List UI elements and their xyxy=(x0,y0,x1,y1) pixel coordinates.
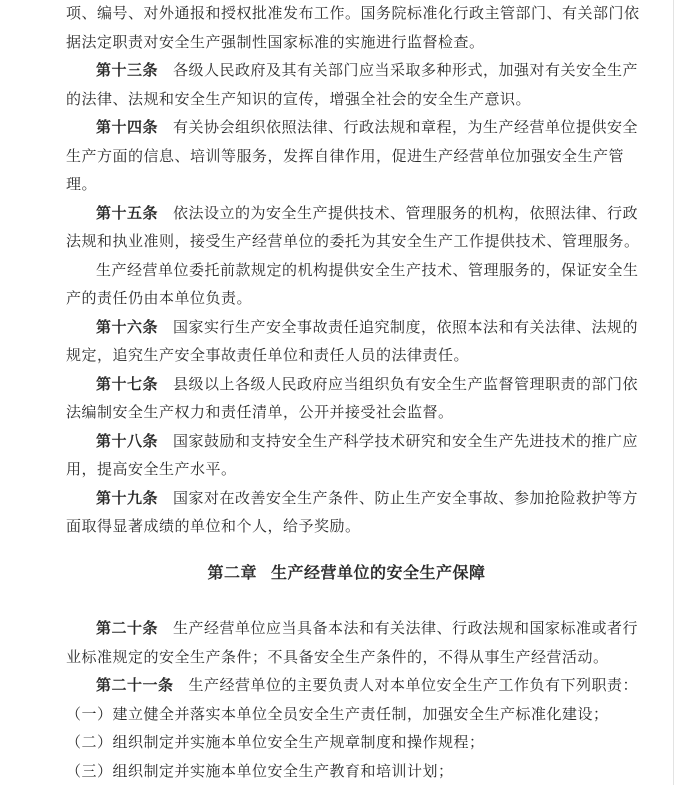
line-text: 生产经营单位委托前款规定的机构提供安全生产技术、管理服务的，保证安全生 xyxy=(96,263,639,279)
body-line: 的法律、法规和安全生产知识的宣传，增强全社会的安全生产意识。 xyxy=(66,86,627,115)
article-start-line: 第十八条国家鼓励和支持安全生产科学技术研究和安全生产先进技术的推广应 xyxy=(66,428,627,457)
line-text: 国家鼓励和支持安全生产科学技术研究和安全生产先进技术的推广应 xyxy=(173,434,638,450)
line-text: （二）组织制定并实施本单位安全生产规章制度和操作规程； xyxy=(66,735,485,751)
line-text: 理。 xyxy=(66,177,97,193)
body-line: 面取得显著成绩的单位和个人，给予奖励。 xyxy=(66,513,627,542)
body-line: 业标准规定的安全生产条件；不具备安全生产条件的，不得从事生产经营活动。 xyxy=(66,644,627,673)
line-text: 业标准规定的安全生产条件；不具备安全生产条件的，不得从事生产经营活动。 xyxy=(66,650,609,666)
article-number: 第十六条 xyxy=(96,320,158,336)
line-text: 用，提高安全生产水平。 xyxy=(66,462,237,478)
body-line: （二）组织制定并实施本单位安全生产规章制度和操作规程； xyxy=(66,729,627,758)
line-text: 生产经营单位应当具备本法和有关法律、行政法规和国家标准或者行 xyxy=(173,621,638,637)
document-page: 项、编号、对外通报和授权批准发布工作。国务院标准化行政主管部门、有关部门依据法定… xyxy=(0,0,674,785)
line-text: 法编制安全生产权力和责任清单，公开并接受社会监督。 xyxy=(66,405,454,421)
article-start-line: 第二十一条生产经营单位的主要负责人对本单位安全生产工作负有下列职责： xyxy=(66,672,627,701)
article-number: 第二十条 xyxy=(96,621,158,637)
article-number: 第十五条 xyxy=(96,206,158,222)
line-text: 国家对在改善安全生产条件、防止生产安全事故、参加抢险救护等方 xyxy=(173,491,638,507)
line-text: （一）建立健全并落实本单位全员安全生产责任制，加强安全生产标准化建设； xyxy=(66,707,609,723)
article-start-line: 第十五条依法设立的为安全生产提供技术、管理服务的机构，依照法律、行政 xyxy=(66,200,627,229)
body-line: （一）建立健全并落实本单位全员安全生产责任制，加强安全生产标准化建设； xyxy=(66,701,627,730)
article-start-line: 第十六条国家实行生产安全事故责任追究制度，依照本法和有关法律、法规的 xyxy=(66,314,627,343)
body-line: 法编制安全生产权力和责任清单，公开并接受社会监督。 xyxy=(66,399,627,428)
article-start-line: 第十九条国家对在改善安全生产条件、防止生产安全事故、参加抢险救护等方 xyxy=(66,485,627,514)
line-text: 项、编号、对外通报和授权批准发布工作。国务院标准化行政主管部门、有关部门依 xyxy=(66,6,640,22)
article-number: 第十七条 xyxy=(96,377,158,393)
article-start-line: 第二十条生产经营单位应当具备本法和有关法律、行政法规和国家标准或者行 xyxy=(66,615,627,644)
article-number: 第十八条 xyxy=(96,434,158,450)
line-text: 依法设立的为安全生产提供技术、管理服务的机构，依照法律、行政 xyxy=(173,206,638,222)
line-text: 有关协会组织依照法律、行政法规和章程，为生产经营单位提供安全 xyxy=(173,120,638,136)
line-text: 法规和执业准则，接受生产经营单位的委托为其安全生产工作提供技术、管理服务。 xyxy=(66,234,640,250)
article-start-line: 第十七条县级以上各级人民政府应当组织负有安全生产监督管理职责的部门依 xyxy=(66,371,627,400)
chapter-number: 第二章 xyxy=(207,565,257,582)
article-start-line: 第十三条各级人民政府及其有关部门应当采取多种形式，加强对有关安全生产 xyxy=(66,57,627,86)
body-line: 据法定职责对安全生产强制性国家标准的实施进行监督检查。 xyxy=(66,29,627,58)
line-text: 生产经营单位的主要负责人对本单位安全生产工作负有下列职责： xyxy=(189,678,639,694)
body-line: 用，提高安全生产水平。 xyxy=(66,456,627,485)
line-text: 生产方面的信息、培训等服务，发挥自律作用，促进生产经营单位加强安全生产管 xyxy=(66,149,624,165)
line-text: 生产经营单位的安全生产保障 xyxy=(271,565,486,582)
article-start-line: 第十四条有关协会组织依照法律、行政法规和章程，为生产经营单位提供安全 xyxy=(66,114,627,143)
line-text: 规定，追究生产安全事故责任单位和责任人员的法律责任。 xyxy=(66,348,469,364)
line-text: 各级人民政府及其有关部门应当采取多种形式，加强对有关安全生产 xyxy=(173,63,638,79)
body-line: 生产经营单位委托前款规定的机构提供安全生产技术、管理服务的，保证安全生 xyxy=(66,257,627,286)
line-text: 的法律、法规和安全生产知识的宣传，增强全社会的安全生产意识。 xyxy=(66,92,531,108)
chapter-heading: 第二章生产经营单位的安全生产保障 xyxy=(66,560,627,589)
line-text: （三）组织制定并实施本单位安全生产教育和培训计划； xyxy=(66,764,454,780)
line-text: 国家实行生产安全事故责任追究制度，依照本法和有关法律、法规的 xyxy=(173,320,638,336)
article-number: 第二十一条 xyxy=(96,678,174,694)
body-line: 项、编号、对外通报和授权批准发布工作。国务院标准化行政主管部门、有关部门依 xyxy=(66,0,627,29)
article-number: 第十九条 xyxy=(96,491,158,507)
body-line: 规定，追究生产安全事故责任单位和责任人员的法律责任。 xyxy=(66,342,627,371)
line-text: 据法定职责对安全生产强制性国家标准的实施进行监督检查。 xyxy=(66,35,485,51)
article-number: 第十四条 xyxy=(96,120,158,136)
body-line: （三）组织制定并实施本单位安全生产教育和培训计划； xyxy=(66,758,627,785)
line-text: 县级以上各级人民政府应当组织负有安全生产监督管理职责的部门依 xyxy=(173,377,638,393)
line-text: 面取得显著成绩的单位和个人，给予奖励。 xyxy=(66,519,361,535)
body-line: 法规和执业准则，接受生产经营单位的委托为其安全生产工作提供技术、管理服务。 xyxy=(66,228,627,257)
body-line: 理。 xyxy=(66,171,627,200)
body-line: 产的责任仍由本单位负责。 xyxy=(66,285,627,314)
document-body: 项、编号、对外通报和授权批准发布工作。国务院标准化行政主管部门、有关部门依据法定… xyxy=(0,0,673,785)
line-text: 产的责任仍由本单位负责。 xyxy=(66,291,252,307)
body-line: 生产方面的信息、培训等服务，发挥自律作用，促进生产经营单位加强安全生产管 xyxy=(66,143,627,172)
article-number: 第十三条 xyxy=(96,63,158,79)
